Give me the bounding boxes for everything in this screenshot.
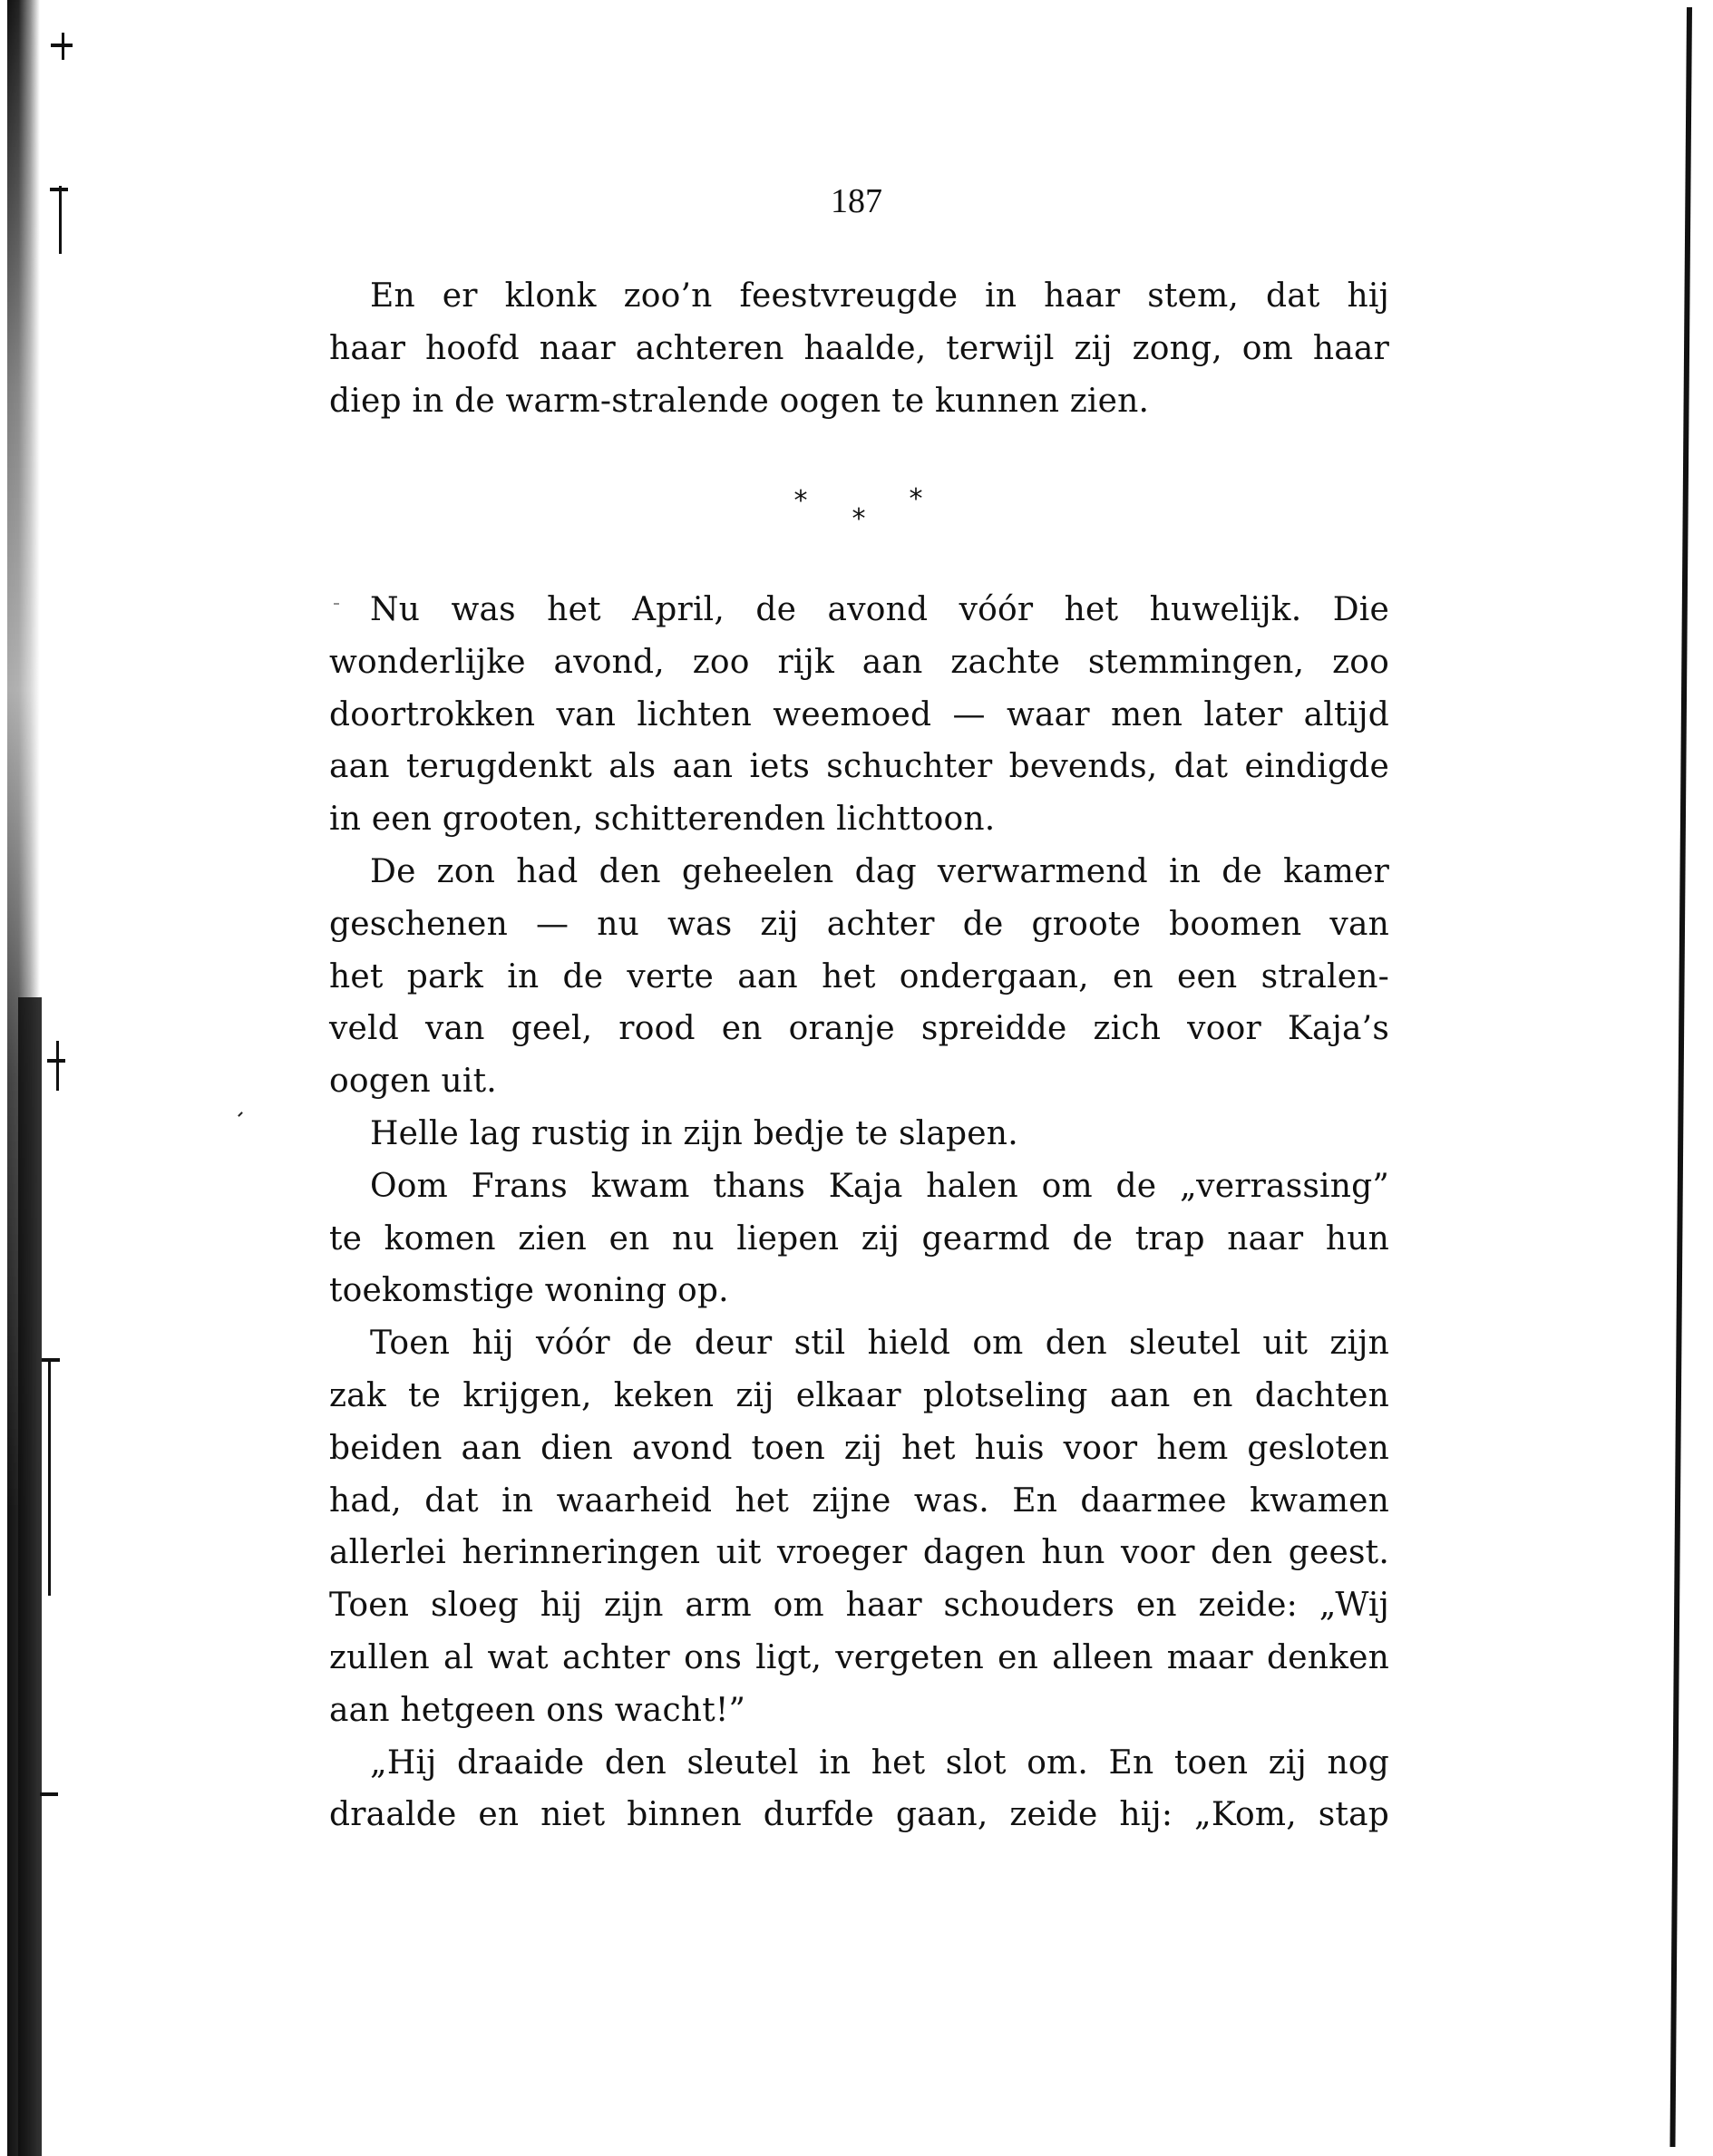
- text-line: Toen sloeg hij zijn arm om haar schouder…: [329, 1579, 1389, 1632]
- text-line: zak te krijgen, keken zij elkaar plotsel…: [329, 1370, 1389, 1423]
- binding-thread: [40, 1792, 58, 1796]
- text-line: doortrokken van lichten weemoed — waar m…: [329, 689, 1389, 742]
- text-line: En er klonk zoo’n feestvreugde in haar s…: [329, 270, 1389, 323]
- binding-thread: [48, 1360, 51, 1596]
- text-line: diep in de warm-stralende oogen te kunne…: [329, 375, 1389, 428]
- binding-thread: [51, 44, 73, 47]
- scan-speck: [334, 603, 339, 605]
- text-line: aan hetgeen ons wacht!”: [329, 1685, 1389, 1737]
- section-break-asterisk: *: [794, 488, 808, 515]
- text-line: geschenen — nu was zij achter de groote …: [329, 898, 1389, 951]
- text-line: allerlei herinneringen uit vroeger dagen…: [329, 1527, 1389, 1579]
- page-number: 187: [0, 181, 1713, 221]
- text-line: het park in de verte aan het ondergaan, …: [329, 951, 1389, 1004]
- text-line: Nu was het April, de avond vóór het huwe…: [329, 584, 1389, 636]
- binding-thread: [56, 1041, 59, 1091]
- text-line: in een grooten, schitterenden lichttoon.: [329, 793, 1389, 846]
- binding-shadow-lower: [18, 997, 42, 2156]
- text-line: zullen al wat achter ons ligt, vergeten …: [329, 1632, 1389, 1685]
- binding-thread: [47, 1059, 65, 1063]
- page-edge: [1669, 7, 1692, 2147]
- text-line: haar hoofd naar achteren haalde, terwijl…: [329, 323, 1389, 375]
- text-line: „Hij draaide den sleutel in het slot om.…: [329, 1737, 1389, 1790]
- text-line: wonderlijke avond, zoo rijk aan zachte s…: [329, 636, 1389, 689]
- text-line: aan terugdenkt als aan iets schuchter be…: [329, 741, 1389, 793]
- text-line: oogen uit.: [329, 1055, 1389, 1108]
- text-line: Helle lag rustig in zijn bedje te slapen…: [329, 1108, 1389, 1161]
- text-line: te komen zien en nu liepen zij gearmd de…: [329, 1213, 1389, 1266]
- text-line: had, dat in waarheid het zijne was. En d…: [329, 1475, 1389, 1528]
- binding-thread: [42, 1358, 60, 1362]
- text-line: De zon had den geheelen dag verwarmend i…: [329, 846, 1389, 898]
- section-break-asterisk: *: [910, 486, 923, 513]
- text-line: beiden aan dien avond toen zij het huis …: [329, 1423, 1389, 1475]
- text-line: Oom Frans kwam thans Kaja halen om de „v…: [329, 1161, 1389, 1213]
- text-line: draalde en niet binnen durfde gaan, zeid…: [329, 1789, 1389, 1841]
- book-page: 187 * * * En er klonk zoo’n feestvreugde…: [0, 0, 1713, 2156]
- text-line: veld van geel, rood en oranje spreidde z…: [329, 1003, 1389, 1055]
- text-line: Toen hij vóór de deur stil hield om den …: [329, 1317, 1389, 1370]
- section-break-asterisk: *: [852, 506, 866, 533]
- scan-speck: [238, 1112, 243, 1117]
- text-line: toekomstige woning op.: [329, 1265, 1389, 1317]
